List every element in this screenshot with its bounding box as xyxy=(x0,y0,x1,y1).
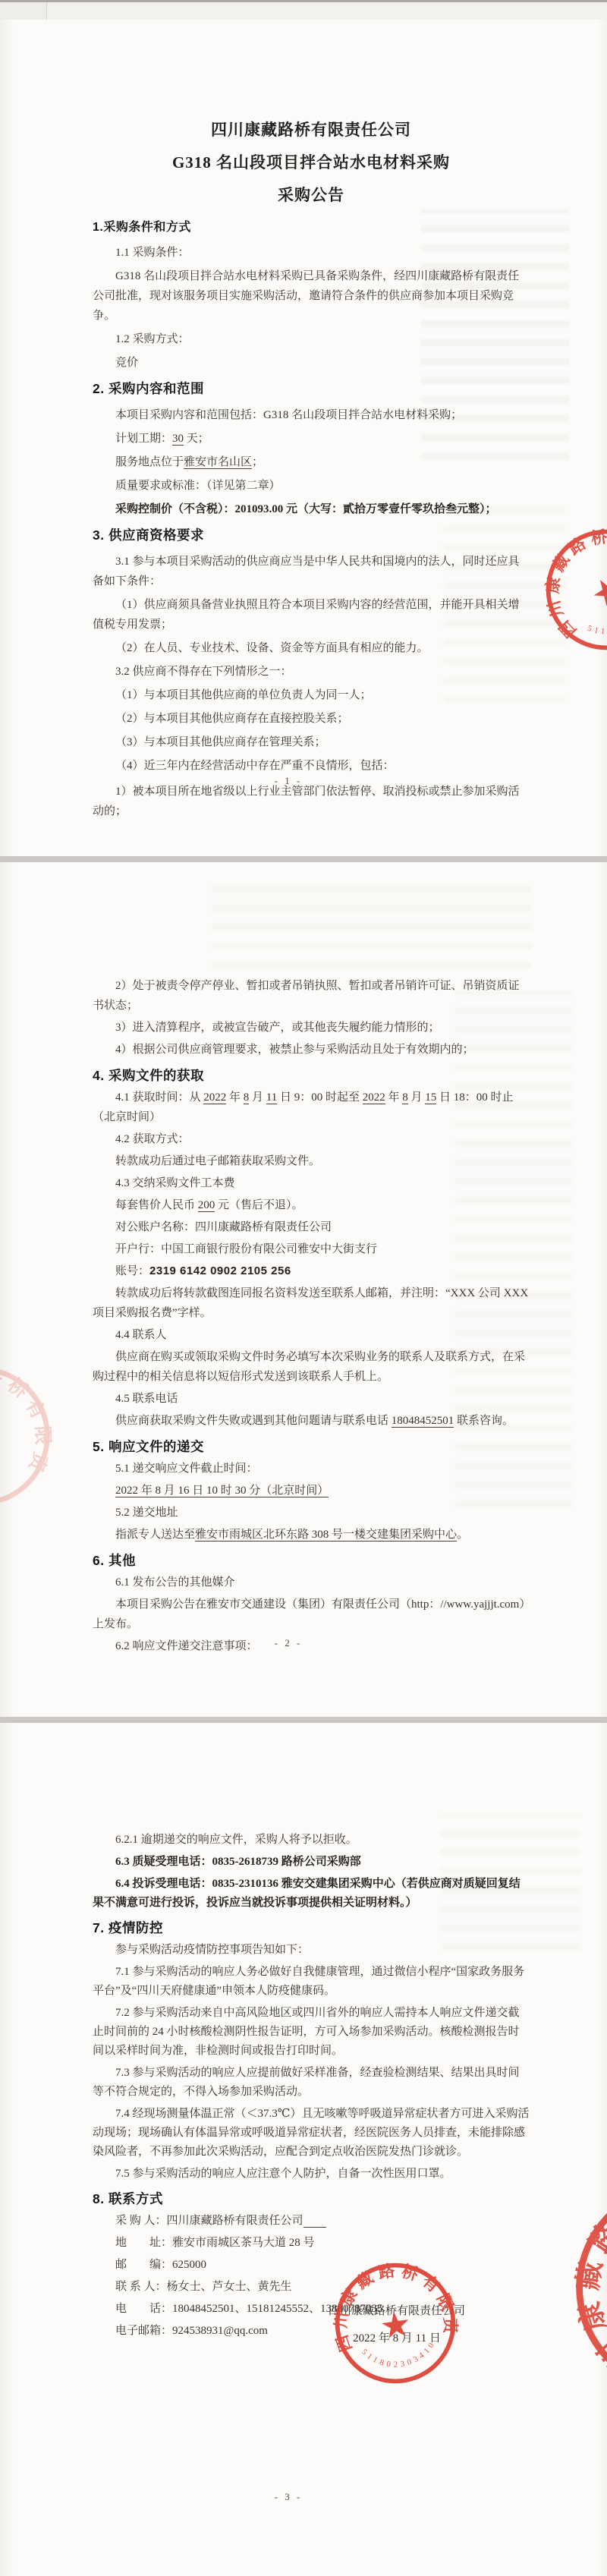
text-run: （1）供应商须具备营业执照且符合本项目采购内容的经营范围，并能开具相关增值税专用… xyxy=(93,599,520,631)
page-number-2: - 2 - xyxy=(0,1633,577,1653)
text-run: 4.5 联系电话 xyxy=(115,1393,178,1405)
text-run: 转款成功后通过电子邮箱获取采购文件。 xyxy=(115,1155,320,1167)
signature-block: 四川康藏路桥有限责任公司 2022 年 8 月 11 日 xyxy=(325,2302,469,2357)
para-1-1-body: G318 名山段项目拌合站水电材料采购已具备采购条件，经四川康藏路桥有限责任公司… xyxy=(93,266,530,326)
text-run: 2）处于被责令停产停业、暂扣或者吊销执照、暂扣或者吊销许可证、吊销资质证书状态； xyxy=(93,980,520,1012)
doc-title-company: 四川康藏路桥有限责任公司 xyxy=(93,120,530,140)
text-run: 供应商在购买或领取采购文件时务必填写本次采购业务的联系人及联系方式，在采购过程中… xyxy=(93,1351,525,1383)
heading-3-qualification: 3. 供应商资格要求 xyxy=(93,525,530,545)
text-run: 对公账户名称：四川康藏路桥有限责任公司 xyxy=(115,1221,332,1233)
text-run: 服务地点位于 xyxy=(115,456,184,468)
text-run: 3.2 供应商不得存在下列情形之一： xyxy=(115,666,292,678)
para-7-intro: 参与采购活动疫情防控事项告知如下： xyxy=(93,1941,530,1960)
text-run: 采 购 人：四川康藏路桥有限责任公司 xyxy=(115,2215,303,2227)
text-run: 雅安市名山区 xyxy=(184,456,252,469)
para-2-duration: 计划工期：30 天； xyxy=(93,429,530,449)
text-run: 11 xyxy=(266,1091,277,1104)
scanned-procurement-announcement: { "stamp": { "company": "四川康藏路桥有限责任公司", … xyxy=(0,0,607,2576)
text-run: 2022 年 8 月 16 日 10 时 30 分（北京时间） xyxy=(115,1485,329,1497)
scan-corner-shade xyxy=(0,2,46,20)
text-run: 18048452501 xyxy=(392,1415,454,1428)
text-run: 天； xyxy=(184,433,209,445)
text-run: 账号： xyxy=(115,1265,149,1277)
text-run: 竞价 xyxy=(115,357,138,369)
text-run: （1）与本项目其他供应商的单位负责人为同一人； xyxy=(115,689,372,701)
text-run: 7.3 参与采购活动的响应人应提前做好采样准备，经查验检测结果、结果出具时间等不… xyxy=(93,2067,520,2098)
para-6-4-complaint-phone: 6.4 投诉受理电话：0835-2310136 雅安交建集团采购中心（若供应商对… xyxy=(93,1875,530,1913)
para-4-3-price: 每套售价人民币 200 元（售后不退）。 xyxy=(93,1195,530,1215)
para-6-1-label: 6.1 发布公告的其他媒介 xyxy=(93,1573,530,1592)
para-6-1-body: 本项目采购公告在雅安市交通建设（集团）有限责任公司（http：//www.yaj… xyxy=(93,1595,530,1634)
para-2-location: 服务地点位于雅安市名山区； xyxy=(93,452,530,472)
page-3: 6.2.1 逾期递交的响应文件，采购人将予以拒收。 6.3 质疑受理电话：083… xyxy=(0,1723,607,2576)
text-run: 月 xyxy=(408,1091,426,1104)
doc-title-project: G318 名山段项目拌合站水电材料采购 xyxy=(93,153,530,172)
para-4-5-body: 供应商获取采购文件失败或遇到其他问题请与联系电话 18048452501 联系咨… xyxy=(93,1411,530,1431)
text-run xyxy=(303,2215,326,2228)
para-3-2-sub2: 2）处于被责令停产停业、暂扣或者吊销执照、暂扣或者吊销许可证、吊销资质证书状态； xyxy=(93,976,530,1016)
contact-postcode: 邮 编：625000 xyxy=(93,2256,530,2275)
text-run: 4.1 获取时间：从 xyxy=(115,1091,203,1104)
text-run: 5.1 递交响应文件截止时间： xyxy=(115,1463,258,1475)
para-2-scope: 本项目采购内容和范围包括：G318 名山段项目拌合站水电材料采购； xyxy=(93,405,530,425)
text-run: 供应商获取采购文件失败或遇到其他问题请与联系电话 xyxy=(115,1415,392,1427)
heading-1-conditions: 1.采购条件和方式 xyxy=(93,218,530,238)
text-run: 联 系 人：杨女士、芦女士、黄先生 xyxy=(115,2281,292,2293)
page-separator xyxy=(0,856,607,862)
page-number-1: - 1 - xyxy=(0,771,577,791)
text-run: 1.2 采购方式： xyxy=(115,333,190,345)
para-1-2-label: 1.2 采购方式： xyxy=(93,329,530,349)
para-6-3-inquiry-phone: 6.3 质疑受理电话：0835-2618739 路桥公司采购部 xyxy=(93,1853,530,1872)
contact-persons: 联 系 人：杨女士、芦女士、黄先生 xyxy=(93,2278,530,2297)
scan-top-edge xyxy=(0,0,607,2)
para-5-1-label: 5.1 递交响应文件截止时间： xyxy=(93,1459,530,1479)
page-number-3: - 3 - xyxy=(0,2487,577,2506)
text-run: 4）根据公司供应商管理要求，被禁止参与采购活动且处于有效期内的； xyxy=(115,1044,474,1056)
text-run: 7.2 参与采购活动来自中高风险地区或四川省外的响应人需持本人响应文件递交截止时… xyxy=(93,2007,520,2057)
para-7-4: 7.4 经现场测量体温正常（＜37.3℃）且无咳嗽等呼吸道异常症状者方可进入采购… xyxy=(93,2105,530,2162)
para-1-1-label: 1.1 采购条件： xyxy=(93,243,530,263)
text-run: 5.2 递交地址 xyxy=(115,1507,178,1519)
text-run: （4）近三年内在经营活动中存在严重不良情形，包括： xyxy=(115,760,395,772)
text-run: 7.5 参与采购活动的响应人应注意个人防护，自备一次性医用口罩。 xyxy=(115,2168,451,2180)
para-3-2-item2: （2）与本项目其他供应商存在直接控股关系； xyxy=(93,709,530,729)
text-run: 电子邮箱：924538931@qq.com xyxy=(115,2325,268,2337)
text-run: 转款成功后将转款截图连同报名资料发送至联系人邮箱，并注明：“XXX 公司 XXX… xyxy=(93,1287,528,1319)
text-run: 6.4 投诉受理电话：0835-2310136 雅安交建集团采购中心（若供应商对… xyxy=(93,1878,521,1909)
para-2-quality: 质量要求或标准：（详见第二章） xyxy=(93,476,530,496)
heading-4-document-obtain: 4. 采购文件的获取 xyxy=(93,1066,530,1085)
para-3-1-item2: （2）在人员、专业技术、设备、资金等方面具有相应的能力。 xyxy=(93,638,530,658)
text-run: 每套售价人民币 xyxy=(115,1199,198,1211)
text-run: 邮 编：625000 xyxy=(115,2259,206,2271)
text-run: 2022 xyxy=(363,1091,385,1104)
text-run: 6.1 发布公告的其他媒介 xyxy=(115,1576,235,1589)
text-run: G318 名山段项目拌合站水电材料采购已具备采购条件，经四川康藏路桥有限责任公司… xyxy=(93,270,519,322)
para-3-2-sub4: 4）根据公司供应商管理要求，被禁止参与采购活动且处于有效期内的； xyxy=(93,1040,530,1060)
para-4-2-label: 4.2 获取方式： xyxy=(93,1129,530,1149)
text-run: 1.1 采购条件： xyxy=(115,247,190,259)
text-run: 4.2 获取方式： xyxy=(115,1133,190,1145)
heading-7-epidemic: 7. 疫情防控 xyxy=(93,1919,530,1938)
para-3-2-sub3: 3）进入清算程序，或被宣告破产，或其他丧失履约能力情形的； xyxy=(93,1018,530,1038)
para-3-1-item1: （1）供应商须具备营业执照且符合本项目采购内容的经营范围，并能开具相关增值税专用… xyxy=(93,595,530,635)
para-4-3-bank: 开户行：中国工商银行股份有限公司雅安中大街支行 xyxy=(93,1239,530,1259)
para-3-2-item1: （1）与本项目其他供应商的单位负责人为同一人； xyxy=(93,685,530,705)
para-4-1-time: 4.1 获取时间：从 2022 年 8 月 11 日 9：00 时起至 2022… xyxy=(93,1088,530,1127)
para-6-2-1: 6.2.1 逾期递交的响应文件，采购人将予以拒收。 xyxy=(93,1831,530,1850)
text-run: 月 xyxy=(249,1091,266,1104)
signature-date: 2022 年 8 月 11 日 xyxy=(325,2329,469,2348)
para-7-3: 7.3 参与采购活动的响应人应提前做好采样准备，经查验检测结果、结果出具时间等不… xyxy=(93,2064,530,2102)
para-3-2-item3: （3）与本项目其他供应商存在管理关系； xyxy=(93,732,530,752)
text-run: 元（售后不退）。 xyxy=(215,1199,303,1211)
para-7-1: 7.1 参与采购活动的响应人务必做好自我健康管理，通过微信小程序“国家政务服务平… xyxy=(93,1963,530,2001)
text-run: 联系咨询。 xyxy=(454,1415,514,1427)
text-run: 参与采购活动疫情防控事项告知如下： xyxy=(115,1944,309,1956)
text-run: 6.3 质疑受理电话：0835-2618739 路桥公司采购部 xyxy=(115,1856,361,1868)
text-run: 200 xyxy=(198,1199,215,1212)
text-run: 年 xyxy=(385,1091,403,1104)
para-4-3-label: 4.3 交纳采购文件工本费 xyxy=(93,1173,530,1193)
page-separator xyxy=(0,1717,607,1723)
page-1: 四川康藏路桥有限责任公司 G318 名山段项目拌合站水电材料采购 采购公告 1.… xyxy=(0,20,607,856)
text-run: （2）在人员、专业技术、设备、资金等方面具有相应的能力。 xyxy=(115,642,429,654)
heading-8-contact: 8. 联系方式 xyxy=(93,2190,530,2209)
para-4-3-account-name: 对公账户名称：四川康藏路桥有限责任公司 xyxy=(93,1217,530,1237)
text-run: 质量要求或标准：（详见第二章） xyxy=(115,480,281,492)
text-run: 。 xyxy=(457,1529,468,1541)
text-run: 30 xyxy=(172,433,184,446)
text-run: 年 xyxy=(226,1091,244,1104)
para-4-3-note: 转款成功后将转款截图连同报名资料发送至联系人邮箱，并注明：“XXX 公司 XXX… xyxy=(93,1283,530,1323)
text-run: 采购控制价（不含税）：201093.00 元（大写：貳拾万零壹仟零玖拾叁元整）； xyxy=(115,503,497,515)
text-run: 3）进入清算程序，或被宣告破产，或其他丧失履约能力情形的； xyxy=(115,1022,440,1034)
para-5-2-label: 5.2 递交地址 xyxy=(93,1503,530,1523)
text-run: 7.4 经现场测量体温正常（＜37.3℃）且无咳嗽等呼吸道异常症状者方可进入采购… xyxy=(93,2108,530,2158)
text-run: 地 址：雅安市雨城区茶马大道 28 号 xyxy=(115,2237,315,2249)
heading-6-other: 6. 其他 xyxy=(93,1551,530,1570)
text-run: 本项目采购内容和范围包括：G318 名山段项目拌合站水电材料采购； xyxy=(115,409,462,421)
text-run: （3）与本项目其他供应商存在管理关系； xyxy=(115,736,326,748)
para-4-4-label: 4.4 联系人 xyxy=(93,1325,530,1345)
doc-title-type: 采购公告 xyxy=(93,185,530,205)
text-run: 7.1 参与采购活动的响应人务必做好自我健康管理，通过微信小程序“国家政务服务平… xyxy=(93,1966,524,1997)
para-1-2-value: 竞价 xyxy=(93,353,530,373)
para-7-2: 7.2 参与采购活动来自中高风险地区或四川省外的响应人需持本人响应文件递交截止时… xyxy=(93,2004,530,2061)
text-run: （2）与本项目其他供应商存在直接控股关系； xyxy=(115,713,349,725)
para-2-control-price: 采购控制价（不含税）：201093.00 元（大写：貳拾万零壹仟零玖拾叁元整）； xyxy=(93,499,530,519)
para-4-5-label: 4.5 联系电话 xyxy=(93,1389,530,1409)
text-run: ； xyxy=(252,456,263,468)
text-run: 指派专人送达至 xyxy=(115,1529,195,1541)
text-run: 开户行：中国工商银行股份有限公司雅安中大街支行 xyxy=(115,1243,377,1255)
signature-company: 四川康藏路桥有限责任公司 xyxy=(325,2302,469,2321)
para-3-2: 3.2 供应商不得存在下列情形之一： xyxy=(93,662,530,682)
text-run: 4.4 联系人 xyxy=(115,1329,167,1341)
text-run: 雅安市雨城区北环东路 308 号一楼交建集团采购中心 xyxy=(195,1529,457,1542)
para-4-3-account-no: 账号：2319 6142 0902 2105 256 xyxy=(93,1261,530,1281)
contact-purchaser: 采 购 人：四川康藏路桥有限责任公司 xyxy=(93,2212,530,2231)
text-run: 8 xyxy=(402,1091,408,1104)
para-7-5: 7.5 参与采购活动的响应人应注意个人防护，自备一次性医用口罩。 xyxy=(93,2165,530,2184)
text-run: 2319 6142 0902 2105 256 xyxy=(149,1264,291,1277)
para-5-1-deadline: 2022 年 8 月 16 日 10 时 30 分（北京时间） xyxy=(93,1481,530,1501)
text-run: 6.2.1 逾期递交的响应文件，采购人将予以拒收。 xyxy=(115,1834,357,1846)
heading-2-scope: 2. 采购内容和范围 xyxy=(93,379,530,398)
para-5-2-address: 指派专人送达至雅安市雨城区北环东路 308 号一楼交建集团采购中心。 xyxy=(93,1525,530,1545)
text-run: 2022 xyxy=(203,1091,226,1104)
heading-5-submission: 5. 响应文件的递交 xyxy=(93,1437,530,1456)
contact-address: 地 址：雅安市雨城区茶马大道 28 号 xyxy=(93,2234,530,2253)
text-run: 日 9：00 时起至 xyxy=(277,1091,363,1104)
text-run: 计划工期： xyxy=(115,433,172,445)
text-run: 4.3 交纳采购文件工本费 xyxy=(115,1177,235,1189)
text-run: 15 xyxy=(425,1091,436,1104)
para-4-4-body: 供应商在购买或领取采购文件时务必填写本次采购业务的联系人及联系方式，在采购过程中… xyxy=(93,1347,530,1387)
text-run: 本项目采购公告在雅安市交通建设（集团）有限责任公司（http：//www.yaj… xyxy=(93,1598,525,1630)
page-2: 2）处于被责令停产停业、暂扣或者吊销执照、暂扣或者吊销许可证、吊销资质证书状态；… xyxy=(0,862,607,1717)
para-3-1: 3.1 参与本项目采购活动的供应商应当是中华人民共和国境内的法人，同时还应具备如… xyxy=(93,552,530,591)
para-4-2-body: 转款成功后通过电子邮箱获取采购文件。 xyxy=(93,1151,530,1171)
text-run: 3.1 参与本项目采购活动的供应商应当是中华人民共和国境内的法人，同时还应具备如… xyxy=(93,556,520,587)
